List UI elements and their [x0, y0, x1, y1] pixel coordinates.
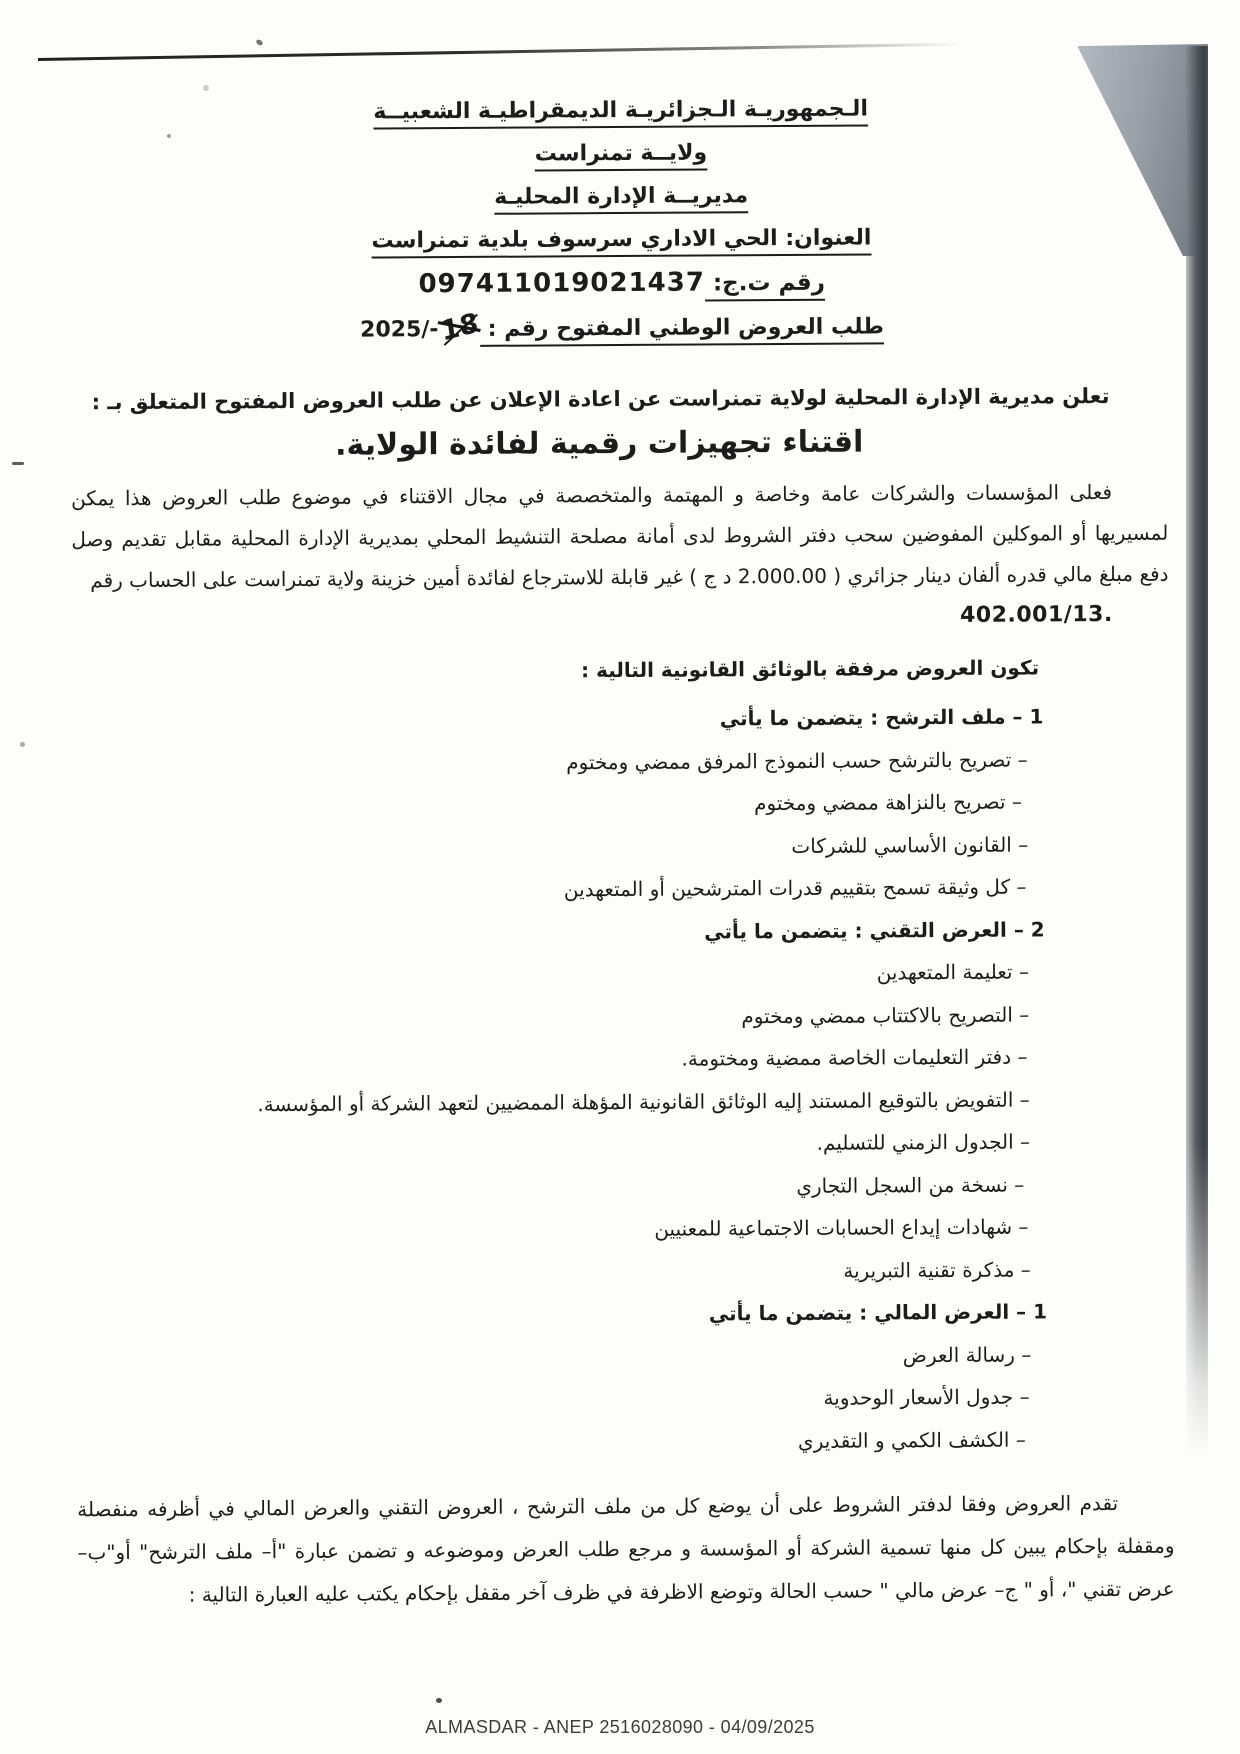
list-item: – شهادات إيداع الحسابات الاجتماعية للمعن…: [75, 1206, 1028, 1254]
list-heading: 2 – العرض التقني : يتضمن ما يأتي: [74, 908, 1045, 956]
list-item: – جدول الأسعار الوحدوية: [76, 1376, 1029, 1424]
conditions-paragraph: فعلى المؤسسات والشركات عامة وخاصة و المه…: [71, 472, 1169, 602]
registration-number: 097411019021437: [418, 267, 705, 299]
list-item: – نسخة من السجل التجاري: [75, 1163, 1024, 1211]
document-body: تعلن مديرية الإدارة المحلية لولاية تمنرا…: [2, 376, 1240, 1618]
list-item: – الكشف الكمي و التقديري: [77, 1418, 1026, 1466]
header-republic-line: الـجمهوريـة الـجزائريـة الديمقراطيـة الش…: [1, 92, 1240, 130]
tender-year: 2025/-: [360, 317, 439, 342]
list-item: – الجدول الزمني للتسليم.: [75, 1121, 1030, 1169]
anep-footer: ALMASDAR - ANEP 2516028090 - 04/09/2025: [0, 1717, 1240, 1738]
scan-speck: [436, 1698, 442, 1703]
documents-intro: تكون العروض مرفقة بالوثائق القانونية الت…: [72, 649, 1039, 691]
registration-label: رقم ت.ج:: [705, 270, 825, 297]
list-item: – كل وثيقة تسمح بتقييم قدرات المترشحين أ…: [73, 866, 1026, 914]
list-item: – تعليمة المتعهدين: [74, 951, 1029, 999]
required-documents-list: 1 – ملف الترشح : يتضمن ما يأتي – تصريح ب…: [72, 695, 1174, 1467]
header-directorate-line: مديريــة الإدارة المحليـة: [1, 178, 1240, 216]
list-item: – القانون الأساسي للشركات: [73, 823, 1028, 871]
tender-label: طلب العروض الوطني المفتوح رقم :: [480, 314, 884, 341]
tender-handwritten-number: 18: [439, 308, 480, 347]
scanned-document-page: الـجمهوريـة الـجزائريـة الديمقراطيـة الش…: [0, 0, 1240, 1754]
header-wilaya-line: ولايــة تمنراست: [1, 135, 1240, 173]
tender-subject-title: اقتناء تجهيزات رقمية لفائدة الولاية.: [71, 423, 1128, 464]
list-item: – تصريح بالنزاهة ممضي ومختوم: [73, 781, 1022, 829]
document-header: الـجمهوريـة الـجزائريـة الديمقراطيـة الش…: [0, 0, 1240, 348]
list-item: – التصريح بالاكتتاب ممضي ومختوم: [74, 993, 1029, 1041]
submission-instructions: تقدم العروض وفقا لدفتر الشروط على أن يوض…: [77, 1482, 1175, 1618]
list-item: – رسالة العرض: [76, 1333, 1031, 1381]
list-item: – دفتر التعليمات الخاصة ممضية ومختومة.: [74, 1036, 1027, 1084]
list-heading: 1 – ملف الترشح : يتضمن ما يأتي: [72, 695, 1043, 743]
list-item: – التفويض بالتوقيع المستند إليه الوثائق …: [75, 1078, 1030, 1126]
header-tender-line: طلب العروض الوطني المفتوح رقم : 2025/-18: [2, 308, 1240, 348]
treasury-account-number: 402.001/13.: [72, 595, 1169, 642]
list-item: – مذكرة تقنية التبريرية: [76, 1248, 1031, 1296]
announcement-intro: تعلن مديرية الإدارة المحلية لولاية تمنرا…: [70, 377, 1167, 422]
list-heading: 1 – العرض المالي : يتضمن ما يأتي: [76, 1290, 1047, 1338]
header-registration-line: رقم ت.ج: 097411019021437: [2, 264, 1240, 303]
header-address-line: العنوان: الحي الاداري سرسوف بلدية تمنراس…: [1, 221, 1240, 259]
list-item: – تصريح بالترشح حسب النموذج المرفق ممضي …: [73, 738, 1028, 786]
